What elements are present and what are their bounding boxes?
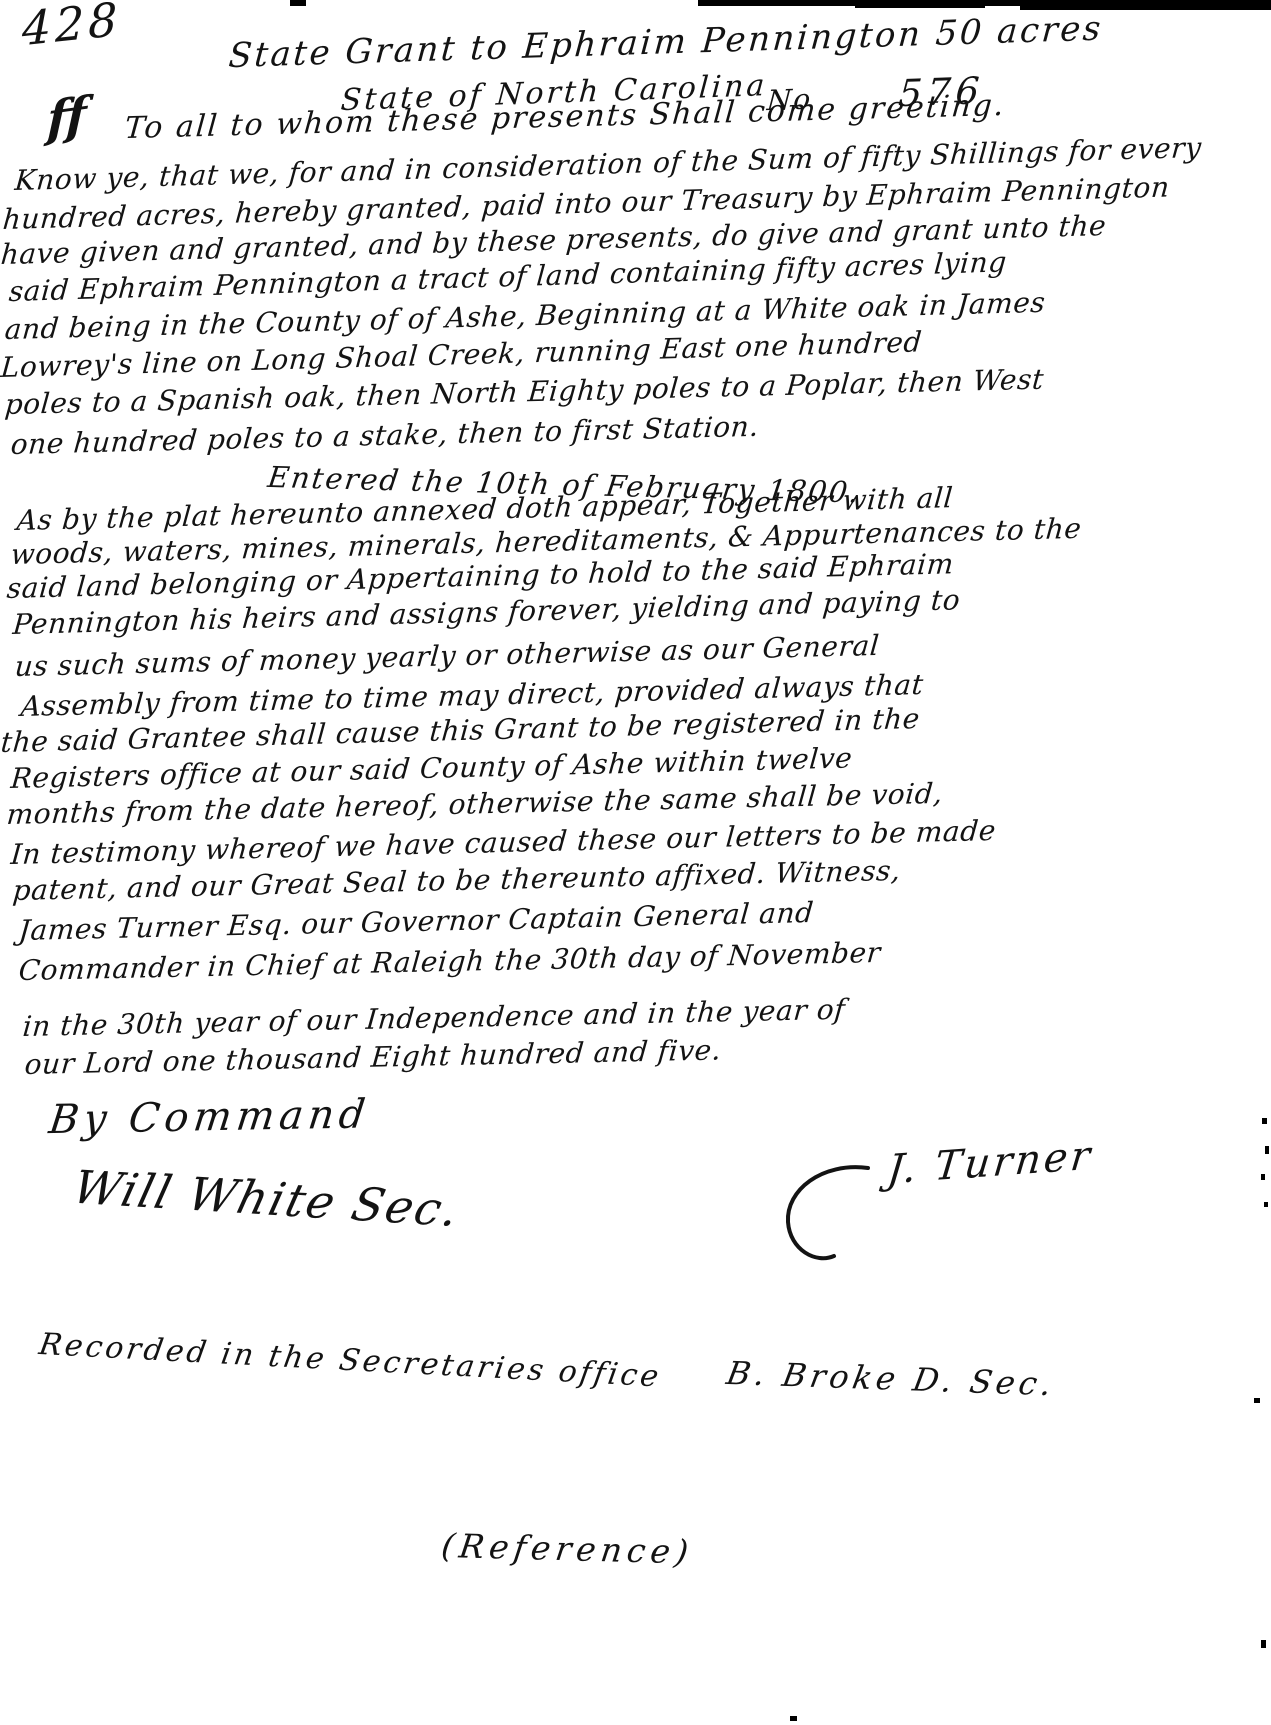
scan-artifact-speck	[1265, 1146, 1269, 1154]
scan-artifact-speck	[1261, 1640, 1266, 1648]
page-number: 428	[22, 0, 121, 55]
governor-signature: J. Turner	[885, 1134, 1095, 1193]
margin-flourish-mark: ff	[46, 88, 87, 147]
secretary-signature: Will White Sec.	[68, 1162, 466, 1236]
scan-artifact-top-bar-thick	[1020, 0, 1271, 10]
grant-title: State Grant to Ephraim Pennington 50 acr…	[227, 11, 1104, 76]
body-line: Commander in Chief at Raleigh the 30th d…	[17, 938, 882, 987]
reference-note: (Reference)	[439, 1528, 695, 1571]
by-command-line: By Command	[47, 1092, 373, 1142]
body-line: one hundred poles to a stake, then to fi…	[10, 412, 761, 461]
scanned-document-page: 428 State Grant to Ephraim Pennington 50…	[0, 0, 1271, 1725]
scan-artifact-speck	[1261, 1174, 1265, 1180]
scan-artifact-top-tick	[290, 0, 306, 6]
body-line: in the 30th year of our Independence and…	[21, 995, 846, 1043]
signature-flourish-icon	[782, 1160, 892, 1270]
scan-artifact-speck	[1254, 1398, 1260, 1403]
scan-artifact-top-bar-mid	[855, 1, 985, 8]
body-line: our Lord one thousand Eight hundred and …	[23, 1035, 722, 1080]
scan-artifact-speck	[1264, 1202, 1268, 1207]
recorded-line: Recorded in the Secretaries office	[37, 1328, 664, 1393]
scan-artifact-speck	[1262, 1118, 1267, 1124]
scan-artifact-speck	[790, 1716, 797, 1721]
deputy-secretary-signature: B. Broke D. Sec.	[724, 1356, 1058, 1402]
